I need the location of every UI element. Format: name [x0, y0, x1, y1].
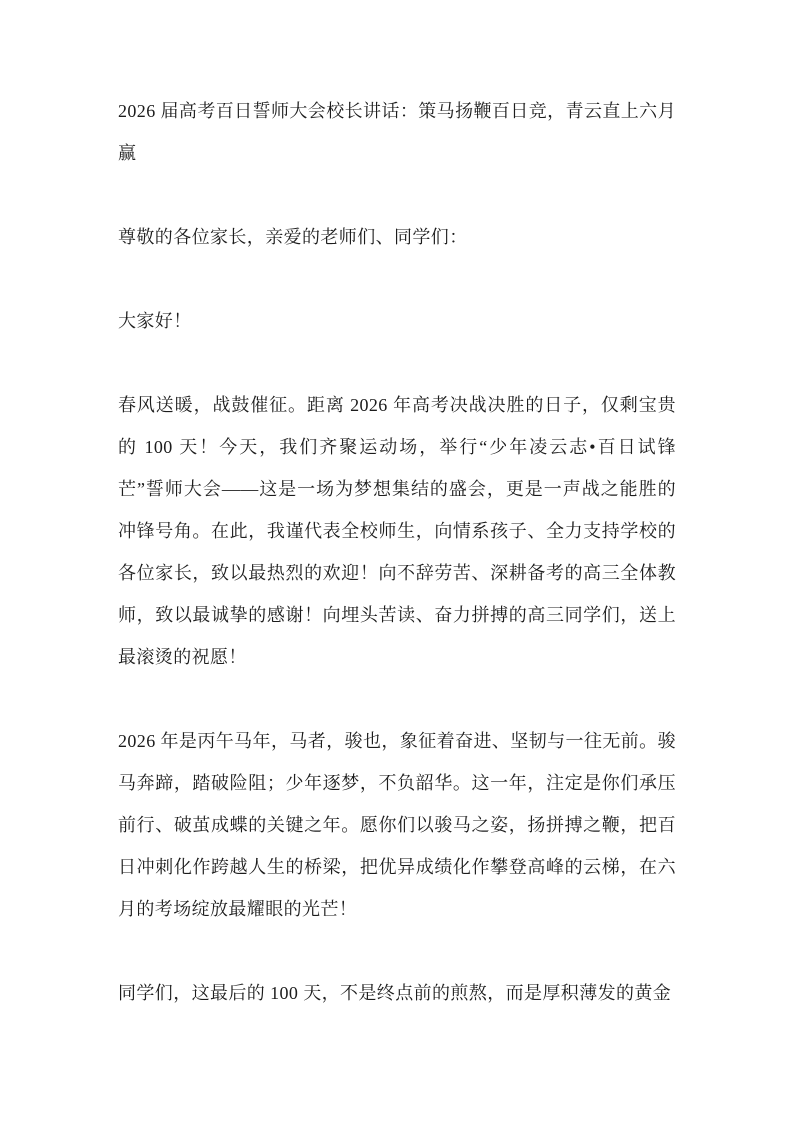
body-paragraph-opening: 春风送暖，战鼓催征。距离 2026 年高考决战决胜的日子，仅剩宝贵的 100 天… — [118, 384, 676, 678]
document-page: 2026 届高考百日誓师大会校长讲话：策马扬鞭百日竞，青云直上六月赢 尊敬的各位… — [0, 0, 793, 1122]
greeting-line: 大家好！ — [118, 300, 676, 342]
body-paragraph-final-truncated: 同学们，这最后的 100 天，不是终点前的煎熬，而是厚积薄发的黄金 — [118, 972, 676, 1014]
body-paragraph-horse-year: 2026 年是丙午马年，马者，骏也，象征着奋进、坚韧与一往无前。骏马奔蹄，踏破险… — [118, 720, 676, 930]
document-title: 2026 届高考百日誓师大会校长讲话：策马扬鞭百日竞，青云直上六月赢 — [118, 90, 676, 174]
salutation-line: 尊敬的各位家长，亲爱的老师们、同学们： — [118, 216, 676, 258]
document-content: 2026 届高考百日誓师大会校长讲话：策马扬鞭百日竞，青云直上六月赢 尊敬的各位… — [0, 0, 793, 1014]
